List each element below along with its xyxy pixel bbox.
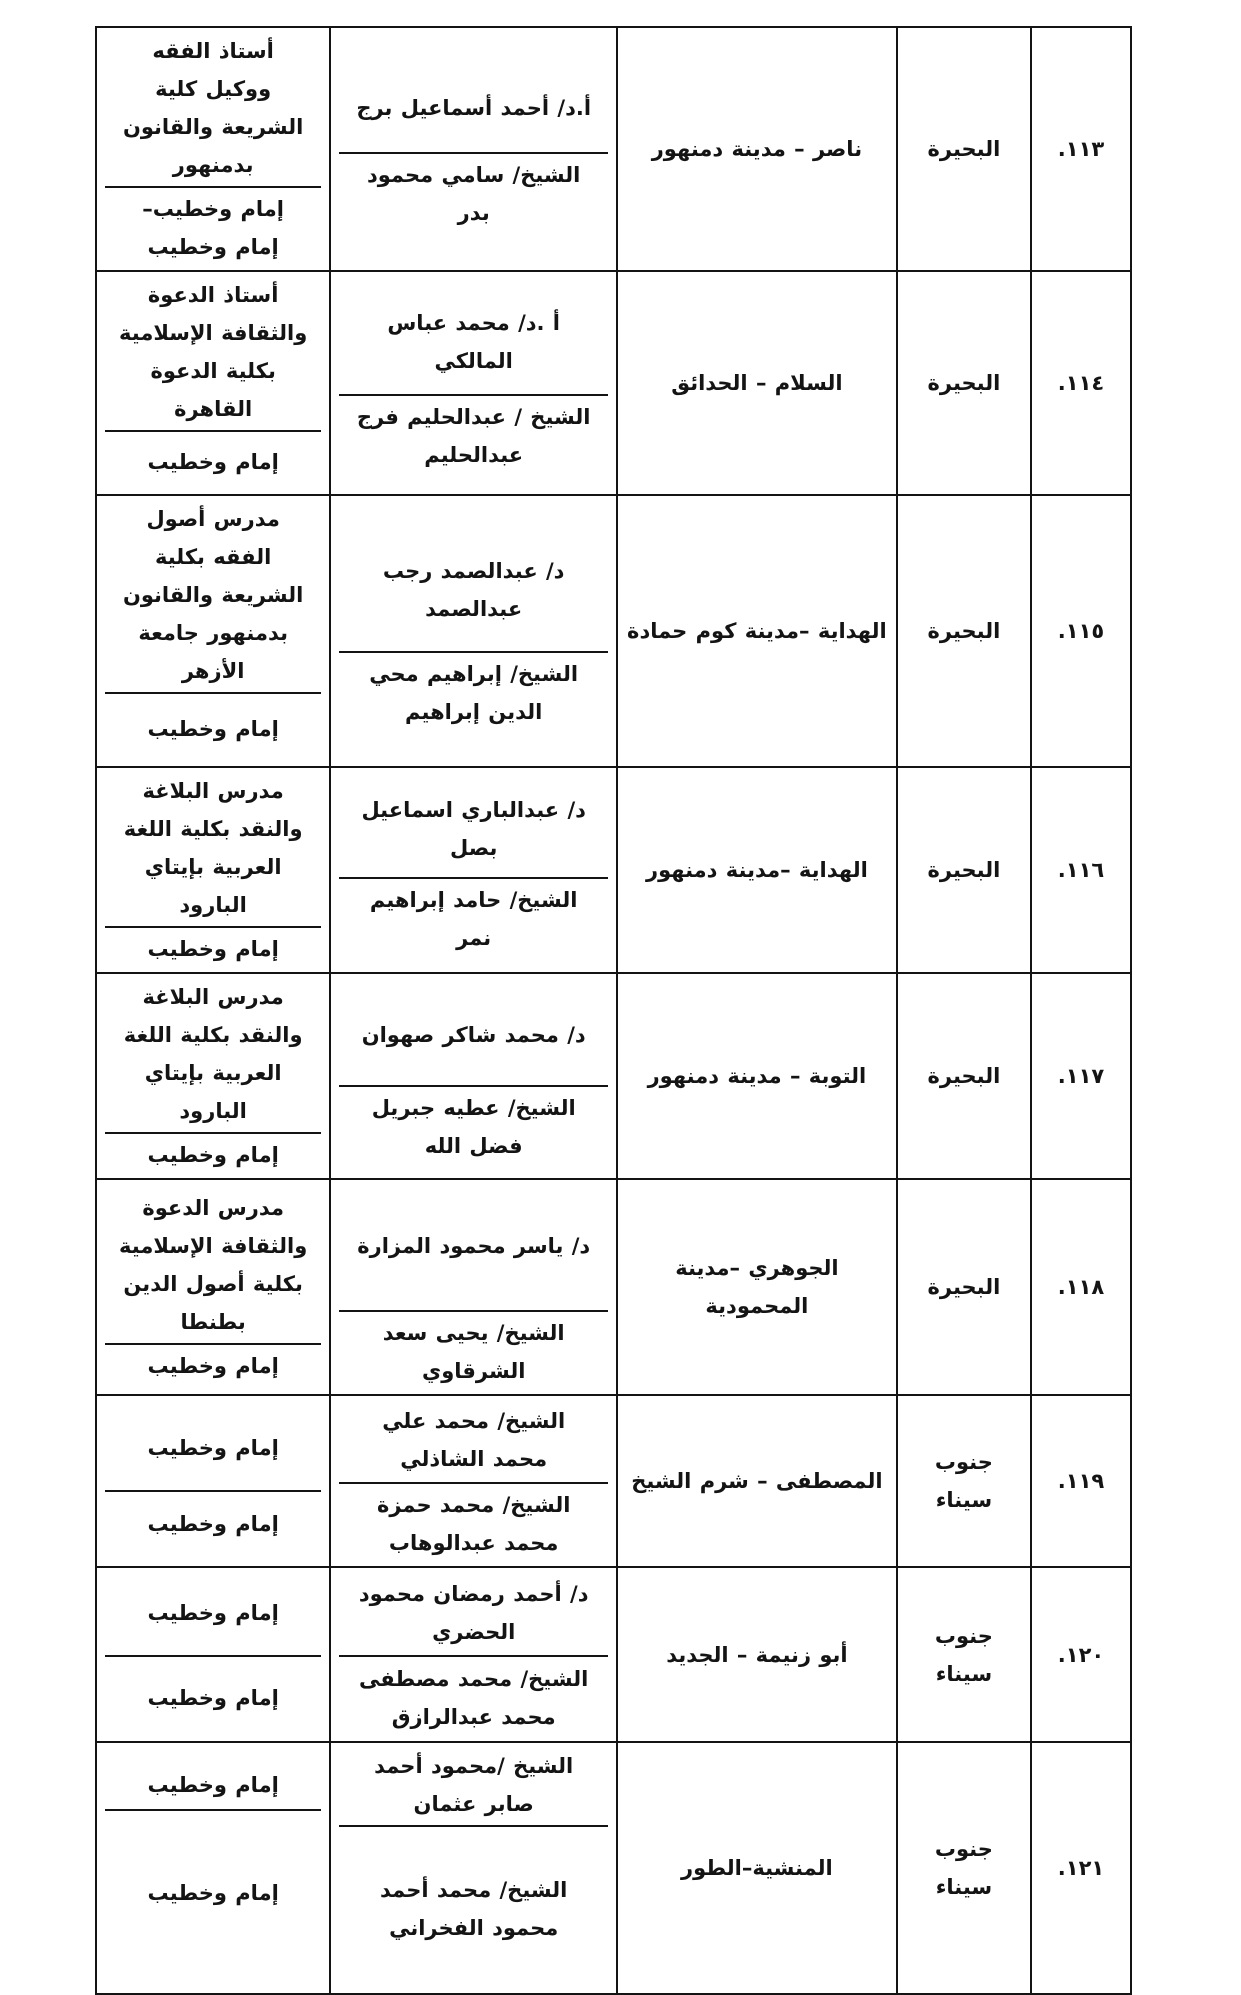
name-top-text: د/ عبدالصمد رجب عبدالصمد (351, 552, 596, 628)
mosque-text: المنشية–الطور (681, 1856, 833, 1880)
imams-table-body: ١١٣.البحيرةناصر – مدينة دمنهورأ.د/ أحمد … (96, 27, 1131, 1994)
governorate-text: البحيرة (927, 1275, 1000, 1299)
name-sub-cell-top: الشيخ /محمود أحمد صابر عثمان (339, 1745, 608, 1825)
name-cell-split: الشيخ /محمود أحمد صابر عثمانالشيخ/ محمد … (339, 1745, 608, 1991)
title-bottom-text: إمام وخطيب (148, 1874, 279, 1912)
title-sub-cell-bottom: إمام وخطيب (105, 1343, 321, 1387)
title-bottom-text: إمام وخطيب (148, 1505, 279, 1543)
entry-row: ١١٣.البحيرةناصر – مدينة دمنهورأ.د/ أحمد … (96, 27, 1131, 271)
title-sub-cell-top: إمام وخطيب (105, 1761, 321, 1809)
entry-number: ١١٤. (1031, 271, 1131, 495)
name-cell-split: الشيخ/ محمد علي محمد الشاذليالشيخ/ محمد … (339, 1398, 608, 1564)
title-top-text: أستاذ الدعوة والثقافة الإسلامية بكلية ال… (117, 276, 309, 428)
name-bottom-text: الشيخ/ سامي محمود بدر (351, 156, 596, 232)
name-cell: أ.د/ أحمد أسماعيل برجالشيخ/ سامي محمود ب… (330, 27, 617, 271)
mosque: ناصر – مدينة دمنهور (617, 27, 897, 271)
name-bottom-text: الشيخ/ محمد مصطفى محمد عبدالرازق (351, 1660, 596, 1736)
mosque-text: الهداية –مدينة كوم حمادة (627, 619, 887, 643)
entry-number: ١١٥. (1031, 495, 1131, 767)
entry-number: ١١٣. (1031, 27, 1131, 271)
entry-number-text: ١١٨. (1058, 1275, 1104, 1299)
entry-number-text: ١٢٠. (1058, 1643, 1104, 1667)
entry-number: ١١٦. (1031, 767, 1131, 973)
name-cell-split: د/ أحمد رمضان محمود الحضريالشيخ/ محمد مص… (339, 1570, 608, 1739)
name-top-text: د/ عبدالباري اسماعيل بصل (351, 791, 596, 867)
title-cell-split: أستاذ الفقه ووكيل كلية الشريعة والقانون … (105, 30, 321, 268)
entry-row: ١١٩.جنوب سيناءالمصطفى – شرم الشيخالشيخ/ … (96, 1395, 1131, 1567)
name-sub-cell-top: د/ أحمد رمضان محمود الحضري (339, 1570, 608, 1655)
governorate: جنوب سيناء (897, 1567, 1031, 1742)
mosque-text: ناصر – مدينة دمنهور (652, 137, 862, 161)
title-cell: إمام وخطيبإمام وخطيب (96, 1742, 330, 1994)
entry-number: ١٢٠. (1031, 1567, 1131, 1742)
entry-number: ١١٨. (1031, 1179, 1131, 1395)
entry-row: ١١٥.البحيرةالهداية –مدينة كوم حمادةد/ عب… (96, 495, 1131, 767)
title-top-text: مدرس أصول الفقه بكلية الشريعة والقانون ب… (117, 500, 309, 690)
name-top-text: د/ أحمد رمضان محمود الحضري (351, 1575, 596, 1651)
entry-number: ١٢١. (1031, 1742, 1131, 1994)
name-top-text: د/ محمد شاكر صهوان (362, 1016, 586, 1054)
governorate-text: البحيرة (927, 1064, 1000, 1088)
title-sub-cell-bottom: إمام وخطيب (105, 692, 321, 764)
name-cell: الشيخ/ محمد علي محمد الشاذليالشيخ/ محمد … (330, 1395, 617, 1567)
governorate: البحيرة (897, 271, 1031, 495)
title-cell: أستاذ الفقه ووكيل كلية الشريعة والقانون … (96, 27, 330, 271)
name-bottom-text: الشيخ/ حامد إبراهيم نمر (351, 881, 596, 957)
entry-row: ١١٨.البحيرةالجوهري –مدينة المحموديةد/ يا… (96, 1179, 1131, 1395)
governorate-text: البحيرة (927, 137, 1000, 161)
name-sub-cell-bottom: الشيخ/ إبراهيم محي الدين إبراهيم (339, 651, 608, 733)
title-bottom-text: إمام وخطيب (148, 443, 279, 481)
title-bottom-text: إمام وخطيب (148, 710, 279, 748)
mosque-text: الهداية –مدينة دمنهور (646, 858, 868, 882)
title-cell: مدرس الدعوة والثقافة الإسلامية بكلية أصو… (96, 1179, 330, 1395)
governorate-text: البحيرة (927, 858, 1000, 882)
mosque-text: المصطفى – شرم الشيخ (631, 1469, 882, 1493)
title-sub-cell-bottom: إمام وخطيب (105, 1490, 321, 1556)
mosque: أبو زنيمة – الجديد (617, 1567, 897, 1742)
title-bottom-text: إمام وخطيب (148, 1136, 279, 1174)
title-cell-split: مدرس البلاغة والنقد بكلية اللغة العربية … (105, 976, 321, 1176)
title-top-text: إمام وخطيب (148, 1766, 279, 1804)
mosque-text: أبو زنيمة – الجديد (666, 1643, 847, 1667)
title-sub-cell-top: إمام وخطيب (105, 1570, 321, 1655)
entry-number-text: ١١٩. (1058, 1469, 1104, 1493)
governorate-text: البحيرة (927, 371, 1000, 395)
entry-number-text: ١١٥. (1058, 619, 1104, 643)
mosque: المصطفى – شرم الشيخ (617, 1395, 897, 1567)
title-cell: إمام وخطيبإمام وخطيب (96, 1395, 330, 1567)
name-bottom-text: الشيخ/ محمد حمزة محمد عبدالوهاب (351, 1486, 596, 1562)
name-bottom-text: الشيخ/ يحيى سعد الشرقاوي (351, 1314, 596, 1390)
name-sub-cell-bottom: الشيخ / عبدالحليم فرج عبدالحليم (339, 394, 608, 476)
name-sub-cell-top: د/ عبدالصمد رجب عبدالصمد (339, 529, 608, 651)
name-sub-cell-top: أ .د/ محمد عباس المالكي (339, 290, 608, 394)
name-cell: الشيخ /محمود أحمد صابر عثمانالشيخ/ محمد … (330, 1742, 617, 1994)
name-sub-cell-bottom: الشيخ/ محمد حمزة محمد عبدالوهاب (339, 1482, 608, 1564)
entry-number: ١١٩. (1031, 1395, 1131, 1567)
name-top-text: الشيخ /محمود أحمد صابر عثمان (351, 1747, 596, 1823)
mosque: التوبة – مدينة دمنهور (617, 973, 897, 1179)
name-cell-split: د/ محمد شاكر صهوانالشيخ/ عطيه جبريل فضل … (339, 985, 608, 1167)
name-cell: د/ أحمد رمضان محمود الحضريالشيخ/ محمد مص… (330, 1567, 617, 1742)
governorate-text: جنوب سيناء (935, 1837, 993, 1899)
document-page: { "page": { "background_color": "#ffffff… (0, 0, 1241, 1755)
name-sub-cell-bottom: الشيخ/ يحيى سعد الشرقاوي (339, 1310, 608, 1392)
name-sub-cell-top: د/ محمد شاكر صهوان (339, 985, 608, 1085)
mosque: السلام – الحدائق (617, 271, 897, 495)
entry-number-text: ١١٦. (1058, 858, 1104, 882)
name-cell: د/ عبدالصمد رجب عبدالصمدالشيخ/ إبراهيم م… (330, 495, 617, 767)
governorate-text: جنوب سيناء (935, 1624, 993, 1686)
title-sub-cell-bottom: إمام وخطيب (105, 430, 321, 492)
title-cell-split: إمام وخطيبإمام وخطيب (105, 1570, 321, 1739)
title-sub-cell-bottom: إمام وخطيب (105, 1655, 321, 1739)
name-cell: د/ محمد شاكر صهوانالشيخ/ عطيه جبريل فضل … (330, 973, 617, 1179)
title-cell: أستاذ الدعوة والثقافة الإسلامية بكلية ال… (96, 271, 330, 495)
name-sub-cell-bottom: الشيخ/ سامي محمود بدر (339, 152, 608, 234)
entry-number: ١١٧. (1031, 973, 1131, 1179)
title-cell: مدرس البلاغة والنقد بكلية اللغة العربية … (96, 973, 330, 1179)
title-top-text: مدرس البلاغة والنقد بكلية اللغة العربية … (117, 978, 309, 1130)
governorate: البحيرة (897, 495, 1031, 767)
title-sub-cell-top: أستاذ الفقه ووكيل كلية الشريعة والقانون … (105, 30, 321, 186)
name-cell: د/ عبدالباري اسماعيل بصلالشيخ/ حامد إبرا… (330, 767, 617, 973)
name-cell-split: د/ ياسر محمود المزارةالشيخ/ يحيى سعد الش… (339, 1182, 608, 1392)
entry-number-text: ١١٤. (1058, 371, 1104, 395)
governorate: البحيرة (897, 973, 1031, 1179)
name-cell-split: د/ عبدالصمد رجب عبدالصمدالشيخ/ إبراهيم م… (339, 529, 608, 733)
title-top-text: إمام وخطيب (148, 1429, 279, 1467)
governorate-text: البحيرة (927, 619, 1000, 643)
name-sub-cell-top: أ.د/ أحمد أسماعيل برج (339, 64, 608, 152)
title-cell-split: إمام وخطيبإمام وخطيب (105, 1406, 321, 1556)
name-top-text: الشيخ/ محمد علي محمد الشاذلي (351, 1402, 596, 1478)
entry-number-text: ١١٧. (1058, 1064, 1104, 1088)
entry-number-text: ١١٣. (1058, 137, 1104, 161)
title-sub-cell-bottom: إمام وخطيب (105, 1809, 321, 1975)
title-cell-split: مدرس أصول الفقه بكلية الشريعة والقانون ب… (105, 498, 321, 764)
entry-number-text: ١٢١. (1058, 1856, 1104, 1880)
title-top-text: مدرس الدعوة والثقافة الإسلامية بكلية أصو… (117, 1189, 309, 1341)
title-bottom-text: إمام وخطيب (148, 1679, 279, 1717)
title-sub-cell-top: مدرس البلاغة والنقد بكلية اللغة العربية … (105, 976, 321, 1132)
mosque-text: الجوهري –مدينة المحمودية (675, 1256, 838, 1318)
mosque: الهداية –مدينة دمنهور (617, 767, 897, 973)
name-sub-cell-bottom: الشيخ/ حامد إبراهيم نمر (339, 877, 608, 959)
title-sub-cell-bottom: إمام وخطيب (105, 1132, 321, 1176)
entry-row: ١٢١.جنوب سيناءالمنشية–الطورالشيخ /محمود … (96, 1742, 1131, 1994)
name-top-text: د/ ياسر محمود المزارة (357, 1227, 590, 1265)
name-sub-cell-top: د/ ياسر محمود المزارة (339, 1182, 608, 1310)
title-bottom-text: إمام وخطيب– إمام وخطيب (117, 190, 309, 266)
name-cell-split: أ .د/ محمد عباس المالكيالشيخ / عبدالحليم… (339, 290, 608, 476)
title-top-text: إمام وخطيب (148, 1594, 279, 1632)
title-sub-cell-top: مدرس الدعوة والثقافة الإسلامية بكلية أصو… (105, 1187, 321, 1343)
name-bottom-text: الشيخ/ عطيه جبريل فضل الله (351, 1089, 596, 1165)
mosque: المنشية–الطور (617, 1742, 897, 1994)
entry-row: ١١٦.البحيرةالهداية –مدينة دمنهورد/ عبدال… (96, 767, 1131, 973)
name-bottom-text: الشيخ / عبدالحليم فرج عبدالحليم (351, 398, 596, 474)
mosque: الهداية –مدينة كوم حمادة (617, 495, 897, 767)
governorate: البحيرة (897, 767, 1031, 973)
governorate: جنوب سيناء (897, 1395, 1031, 1567)
name-top-text: أ .د/ محمد عباس المالكي (351, 304, 596, 380)
entry-row: ١١٤.البحيرةالسلام – الحدائقأ .د/ محمد عب… (96, 271, 1131, 495)
title-sub-cell-top: إمام وخطيب (105, 1406, 321, 1490)
name-cell: أ .د/ محمد عباس المالكيالشيخ / عبدالحليم… (330, 271, 617, 495)
title-bottom-text: إمام وخطيب (148, 930, 279, 968)
title-cell-split: إمام وخطيبإمام وخطيب (105, 1761, 321, 1975)
entry-row: ١١٧.البحيرةالتوبة – مدينة دمنهورد/ محمد … (96, 973, 1131, 1179)
governorate: جنوب سيناء (897, 1742, 1031, 1994)
title-cell: مدرس أصول الفقه بكلية الشريعة والقانون ب… (96, 495, 330, 767)
governorate: البحيرة (897, 1179, 1031, 1395)
governorate: البحيرة (897, 27, 1031, 271)
mosque-text: التوبة – مدينة دمنهور (648, 1064, 867, 1088)
name-cell-split: أ.د/ أحمد أسماعيل برجالشيخ/ سامي محمود ب… (339, 64, 608, 234)
name-top-text: أ.د/ أحمد أسماعيل برج (356, 89, 591, 127)
title-cell-split: مدرس الدعوة والثقافة الإسلامية بكلية أصو… (105, 1187, 321, 1387)
title-sub-cell-bottom: إمام وخطيب (105, 926, 321, 970)
mosque: الجوهري –مدينة المحمودية (617, 1179, 897, 1395)
title-top-text: أستاذ الفقه ووكيل كلية الشريعة والقانون … (117, 32, 309, 184)
title-cell: إمام وخطيبإمام وخطيب (96, 1567, 330, 1742)
title-sub-cell-top: مدرس أصول الفقه بكلية الشريعة والقانون ب… (105, 498, 321, 692)
name-bottom-text: الشيخ/ محمد أحمد محمود الفخراني (351, 1871, 596, 1947)
name-sub-cell-bottom: الشيخ/ محمد أحمد محمود الفخراني (339, 1825, 608, 1991)
title-top-text: مدرس البلاغة والنقد بكلية اللغة العربية … (117, 772, 309, 924)
title-cell-split: مدرس البلاغة والنقد بكلية اللغة العربية … (105, 770, 321, 970)
name-cell: د/ ياسر محمود المزارةالشيخ/ يحيى سعد الش… (330, 1179, 617, 1395)
title-cell-split: أستاذ الدعوة والثقافة الإسلامية بكلية ال… (105, 274, 321, 492)
governorate-text: جنوب سيناء (935, 1450, 993, 1512)
name-sub-cell-bottom: الشيخ/ عطيه جبريل فضل الله (339, 1085, 608, 1167)
name-cell-split: د/ عبدالباري اسماعيل بصلالشيخ/ حامد إبرا… (339, 781, 608, 959)
mosque-text: السلام – الحدائق (671, 371, 842, 395)
imams-table: ١١٣.البحيرةناصر – مدينة دمنهورأ.د/ أحمد … (95, 26, 1132, 1995)
title-sub-cell-top: مدرس البلاغة والنقد بكلية اللغة العربية … (105, 770, 321, 926)
title-cell: مدرس البلاغة والنقد بكلية اللغة العربية … (96, 767, 330, 973)
title-bottom-text: إمام وخطيب (148, 1347, 279, 1385)
entry-row: ١٢٠.جنوب سيناءأبو زنيمة – الجديدد/ أحمد … (96, 1567, 1131, 1742)
title-sub-cell-top: أستاذ الدعوة والثقافة الإسلامية بكلية ال… (105, 274, 321, 430)
name-sub-cell-top: د/ عبدالباري اسماعيل بصل (339, 781, 608, 877)
name-sub-cell-bottom: الشيخ/ محمد مصطفى محمد عبدالرازق (339, 1655, 608, 1739)
name-bottom-text: الشيخ/ إبراهيم محي الدين إبراهيم (351, 655, 596, 731)
name-sub-cell-top: الشيخ/ محمد علي محمد الشاذلي (339, 1398, 608, 1482)
title-sub-cell-bottom: إمام وخطيب– إمام وخطيب (105, 186, 321, 268)
